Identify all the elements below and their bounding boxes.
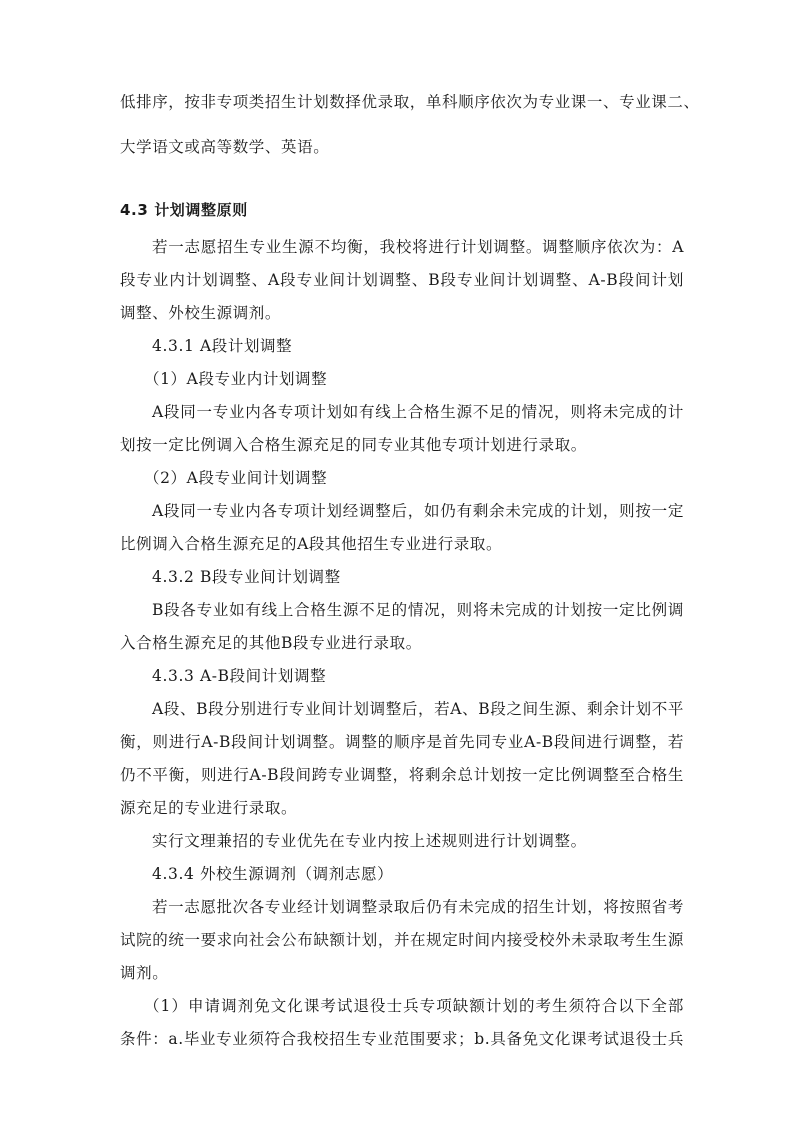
paragraph-line: A段同一专业内各专项计划如有线上合格生源不足的情况，则将未完成的计 bbox=[152, 402, 684, 422]
paragraph-line: 段专业内计划调整、A段专业间计划调整、B段专业间计划调整、A-B段间计划 bbox=[120, 270, 684, 290]
subsection-item: （1）A段专业内计划调整 bbox=[144, 369, 327, 389]
subsection-heading: 4.3.4 外校生源调剂（调剂志愿） bbox=[152, 864, 393, 884]
subsection-heading: 4.3.1 A段计划调整 bbox=[152, 336, 292, 356]
paragraph-line: 实行文理兼招的专业优先在专业内按上述规则进行计划调整。 bbox=[152, 831, 587, 851]
subsection-item: （2）A段专业间计划调整 bbox=[144, 468, 327, 488]
paragraph-line: 若一志愿批次各专业经计划调整录取后仍有未完成的招生计划，将按照省考 bbox=[152, 897, 684, 917]
paragraph-line: A段、B段分别进行专业间计划调整后，若A、B段之间生源、剩余计划不平 bbox=[152, 699, 684, 719]
subsection-heading: 4.3.3 A-B段间计划调整 bbox=[152, 666, 326, 686]
paragraph-line: 入合格生源充足的其他B段专业进行录取。 bbox=[120, 633, 422, 653]
paragraph-line: （1）申请调剂免文化课考试退役士兵专项缺额计划的考生须符合以下全部 bbox=[144, 996, 684, 1016]
paragraph-line: 衡，则进行A-B段间计划调整。调整的顺序是首先同专业A-B段间进行调整，若 bbox=[120, 732, 684, 752]
paragraph-line: 大学语文或高等数学、英语。 bbox=[120, 137, 329, 157]
paragraph-line: 若一志愿招生专业生源不均衡，我校将进行计划调整。调整顺序依次为：A bbox=[152, 237, 684, 257]
paragraph-line: 源充足的专业进行录取。 bbox=[120, 798, 297, 818]
paragraph-line: 划按一定比例调入合格生源充足的同专业其他专项计划进行录取。 bbox=[120, 435, 587, 455]
paragraph-line: 比例调入合格生源充足的A段其他招生专业进行录取。 bbox=[120, 534, 502, 554]
paragraph-line: 低排序，按非专项类招生计划数择优录取，单科顺序依次为专业课一、专业课二、 bbox=[120, 92, 684, 112]
paragraph-line: 条件：a.毕业专业须符合我校招生专业范围要求；b.具备免文化课考试退役士兵 bbox=[120, 1029, 684, 1049]
paragraph-line: B段各专业如有线上合格生源不足的情况，则将未完成的计划按一定比例调 bbox=[152, 600, 684, 620]
paragraph-line: 试院的统一要求向社会公布缺额计划，并在规定时间内接受校外未录取考生生源 bbox=[120, 930, 684, 950]
paragraph-line: 仍不平衡，则进行A-B段间跨专业调整，将剩余总计划按一定比例调整至合格生 bbox=[120, 765, 684, 785]
paragraph-line: 调剂。 bbox=[120, 963, 168, 983]
section-heading: 4.3 计划调整原则 bbox=[120, 200, 248, 220]
paragraph-line: 调整、外校生源调剂。 bbox=[120, 303, 281, 323]
paragraph-line: A段同一专业内各专项计划经调整后，如仍有剩余未完成的计划，则按一定 bbox=[152, 501, 684, 521]
subsection-heading: 4.3.2 B段专业间计划调整 bbox=[152, 567, 341, 587]
